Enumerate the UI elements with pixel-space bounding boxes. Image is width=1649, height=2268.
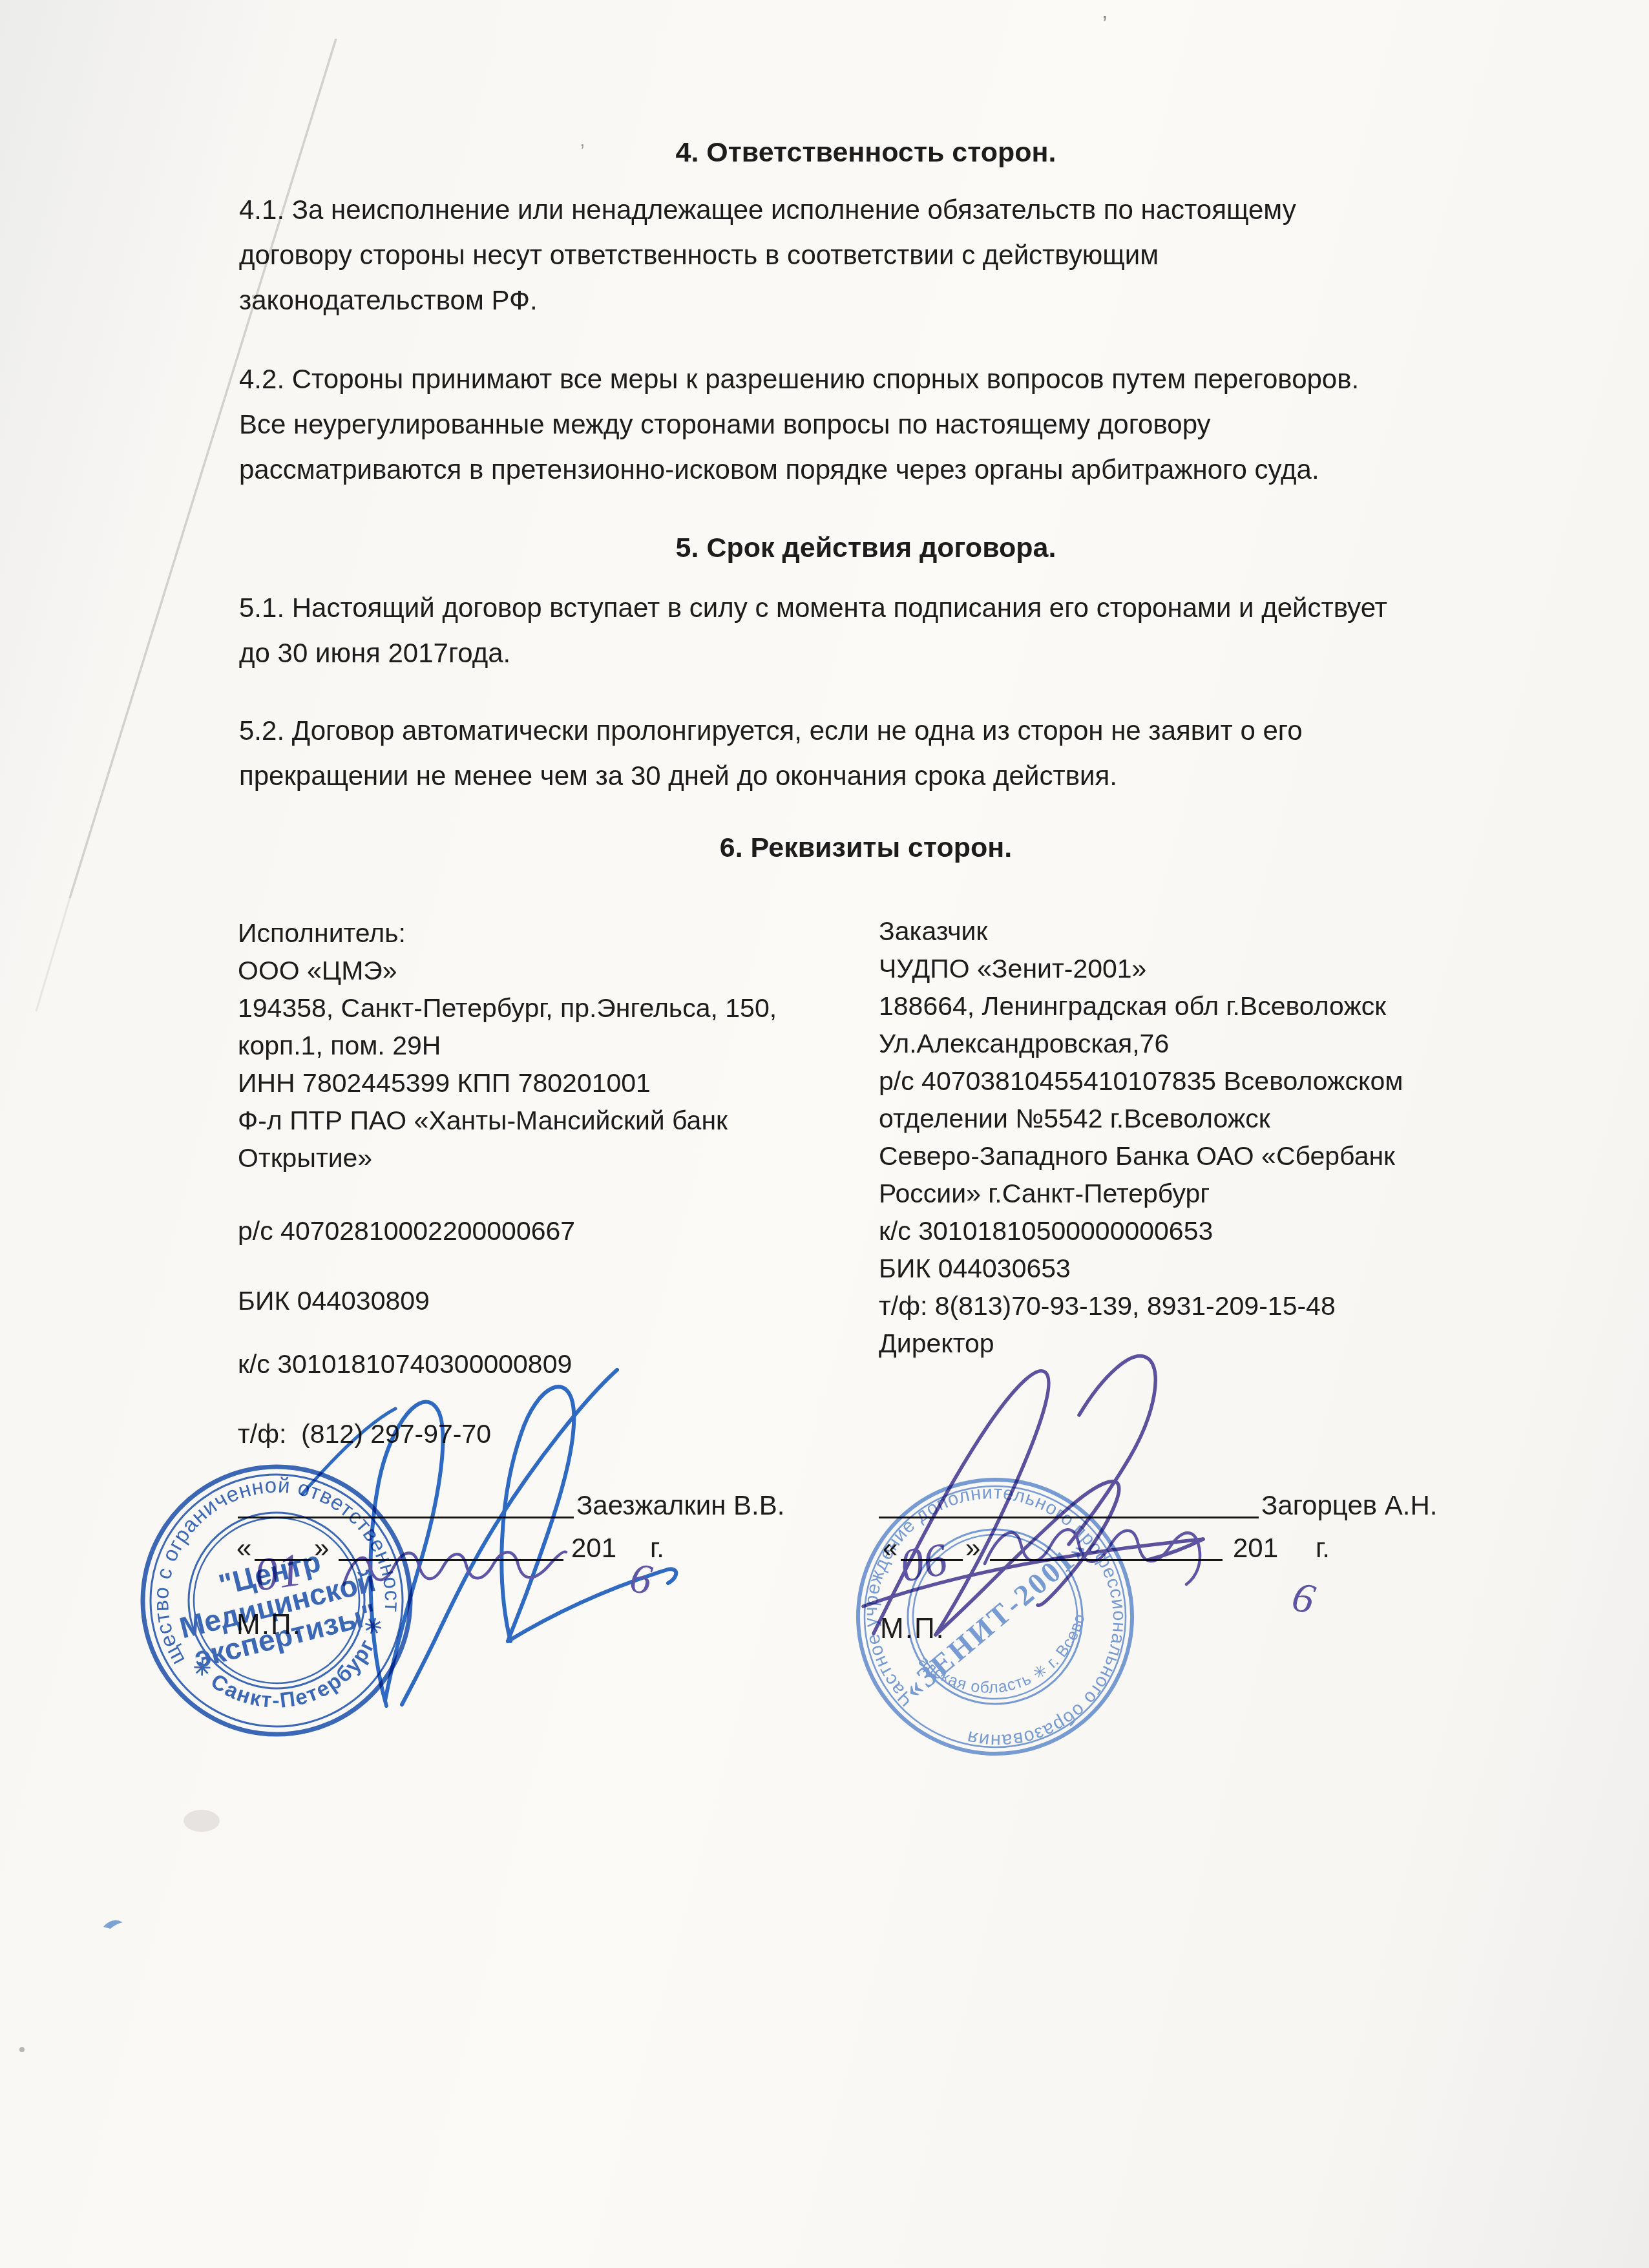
- dust-dot: [19, 2047, 25, 2052]
- paragraph-4-1: 4.1. За неисполнение или ненадлежащее ис…: [239, 187, 1538, 323]
- customer-details: Заказчик ЧУДПО «Зенит-2001» 188664, Лени…: [879, 912, 1473, 1362]
- executor-bik: БИК 044030809: [238, 1282, 430, 1319]
- section-6-title: 6. Реквизиты сторон.: [239, 832, 1493, 864]
- executor-corr-account: к/с 30101810740300000809: [238, 1345, 572, 1383]
- scanned-contract-page: ’ ‚ 4. Ответственность сторон. 4.1. За н…: [0, 0, 1649, 2268]
- paragraph-5-2: 5.2. Договор автоматически пролонгируетс…: [239, 708, 1538, 799]
- date-year-left: 201: [571, 1533, 616, 1564]
- date-year-suffix-right: г.: [1316, 1533, 1330, 1564]
- signer-name-left: Заезжалкин В.В.: [576, 1490, 784, 1521]
- paragraph-4-2: 4.2. Стороны принимают все меры к разреш…: [239, 357, 1538, 492]
- signer-name-right: Загорцев А.Н.: [1261, 1490, 1437, 1521]
- section-5-title: 5. Срок действия договора.: [239, 532, 1493, 564]
- executor-details: Исполнитель: ООО «ЦМЭ» 194358, Санкт-Пет…: [238, 914, 858, 1177]
- executor-round-stamp: Общество с ограниченной ответственностью…: [115, 1439, 438, 1762]
- speck-mark-top: ’: [1102, 12, 1108, 36]
- handwritten-year-digit-right: 6: [1287, 1573, 1319, 1624]
- scan-crease-line-tail: [36, 898, 70, 1011]
- paragraph-5-1: 5.1. Настоящий договор вступает в силу с…: [239, 585, 1538, 676]
- smudge-mark: [184, 1810, 220, 1832]
- date-year-suffix-left: г.: [650, 1533, 664, 1564]
- ink-fleck: [103, 1920, 123, 1929]
- executor-account: р/с 40702810002200000667: [238, 1212, 575, 1250]
- section-4-title: 4. Ответственность сторон.: [239, 137, 1493, 169]
- date-year-right: 201: [1233, 1533, 1278, 1564]
- customer-round-stamp: Частное учреждение дополнительного профе…: [834, 1455, 1157, 1778]
